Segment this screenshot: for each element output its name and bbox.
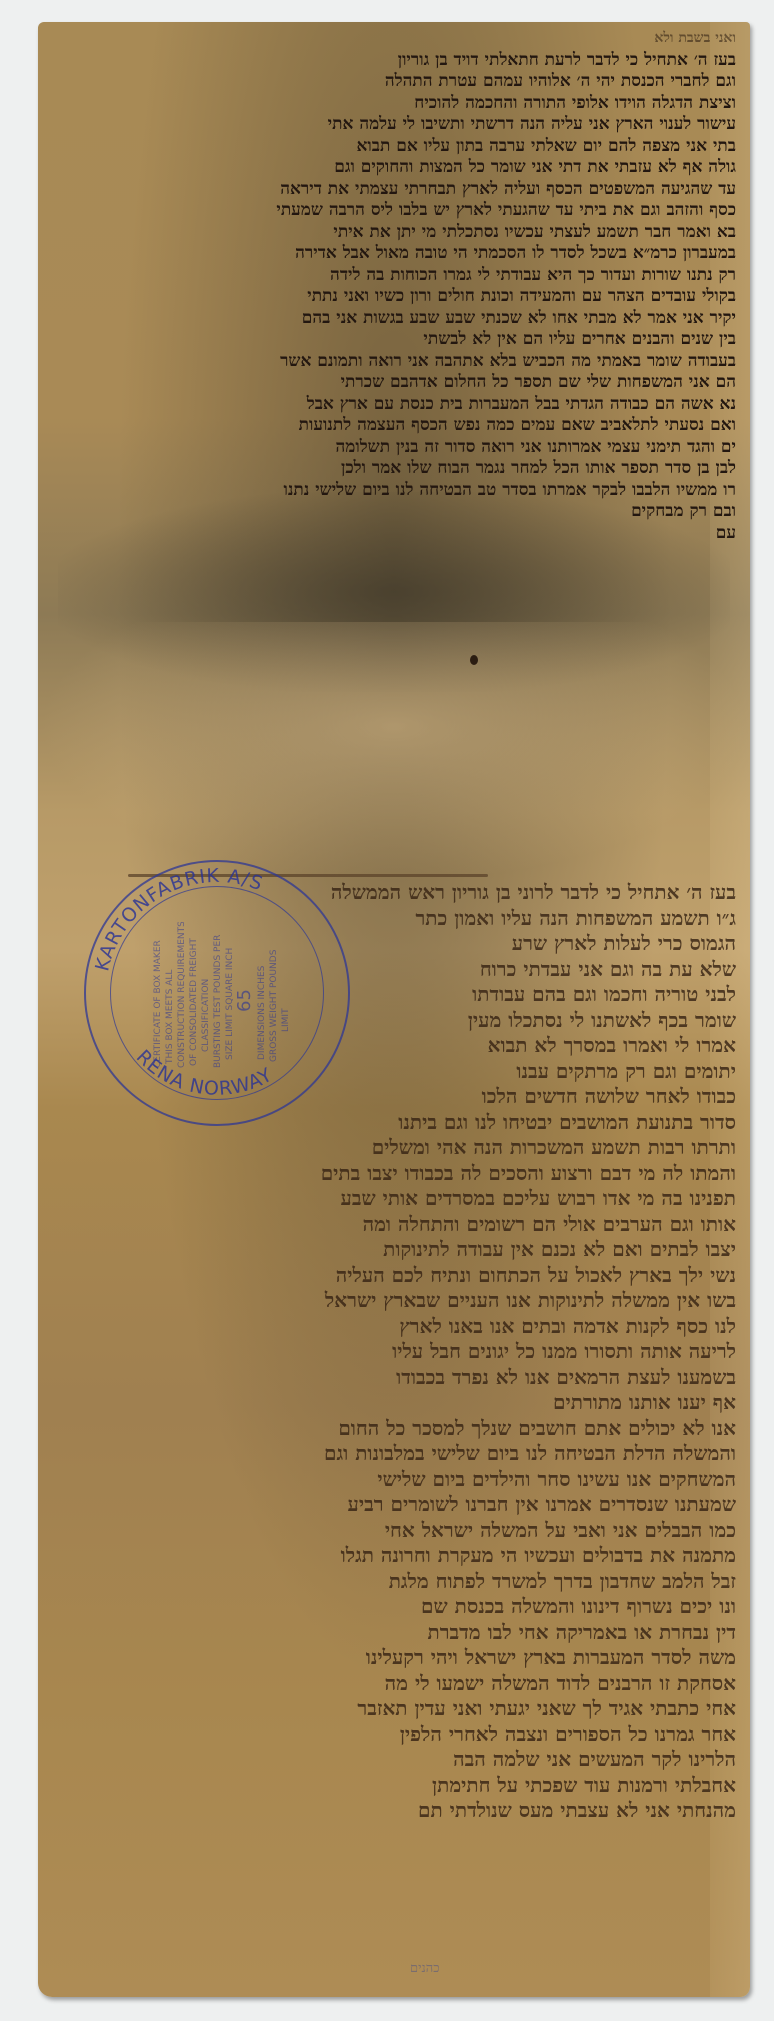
top-text-block: ואני בשבת ולא בעז ה׳ אתחיל כי לדבר לרעת … (52, 28, 736, 544)
text-line: נא אשה הם כבודה הגדתי בבל המעברות בית כנ… (52, 394, 736, 416)
text-line: הלרינו לקר המעשים אני שלמה הבה (52, 1747, 736, 1773)
text-line: רו ממשיו הלבבו לבקר אמרתו בסדר טב הבטיחה… (52, 480, 736, 502)
stamp-line: DIMENSIONS INCHES (257, 965, 267, 1060)
stamp-number: 65 (234, 989, 255, 1012)
text-line: והמשלה הדלת הבטיחה לנו ביום שלישי במלבונ… (52, 1441, 736, 1467)
text-line: יקיר אני אמר לא מבתי אחו לא שכנתי שבע שב… (52, 308, 736, 330)
text-line: לריעה אותה ותסורו ממנו כל יגונים חבל עלי… (52, 1339, 736, 1365)
text-line: אסחקת זו הרבנים לדוד המשלה ישמעו לי מה (52, 1671, 736, 1697)
text-line: רק נתנו שורות ועדור כך היא עבודתי לי גמר… (52, 265, 736, 287)
stamp-center-text: CERTIFICATE OF BOX MAKER THIS BOX MEETS … (146, 922, 296, 1072)
text-line: מהנחתי אני לא עצבתי מעס שנולדתי תם (52, 1798, 736, 1824)
text-line: אחי כתבתי אגיד לך שאני יגעתי ואני עדין ת… (52, 1696, 736, 1722)
text-line: בעבודה שומר באמתי מה הכביש בלא אתהבה אני… (52, 351, 736, 373)
text-line: ותרתו רבות תשמע המשכרות הנה אהי ומשלים (52, 1135, 736, 1161)
text-line: בין שנים והבנים אחרים עליו הם אין לא לבש… (52, 329, 736, 351)
text-line: בא ואמר חבר תשמע לעצתי עכשיו נסתכלתי מי … (52, 222, 736, 244)
stamp-line: THIS BOX MEETS ALL (165, 970, 175, 1065)
text-line: כמו הבבלים אני ואבי על המשלה ישראל אחי (52, 1518, 736, 1544)
text-line: מתמנה את בדבולים ועכשיו הי מעקרת וחרונה … (52, 1543, 736, 1569)
footer-mark: כהנים (410, 1960, 440, 1976)
ink-blot (470, 655, 478, 665)
text-line: זבל הלמב שחדבון בדרך למשרד לפתוח מלגת (52, 1569, 736, 1595)
text-line: נשי ילך בארץ לאכול על הכתחום ונתיח לכם ה… (52, 1263, 736, 1289)
text-line: יצבו לבתים ואם לא נכנם אין עבודה לתינוקו… (52, 1237, 736, 1263)
text-line: אחבלתי ורמנות עוד שפכתי על חתימתן (52, 1773, 736, 1799)
stamp-line: CERTIFICATE OF BOX MAKER (153, 940, 163, 1068)
text-line: לבן בן סדר תספר אותו הכל למחר נגמר הבוח … (52, 458, 736, 480)
water-damage-light (38, 622, 750, 882)
text-line: אנו לא יכולים אתם חושבים שנלך למסכר כל ה… (52, 1416, 736, 1442)
text-line: תפנינו בה מי אדו רבוש עליכם במסרדים אותי… (52, 1186, 736, 1212)
stamp-line: CLASSIFICATION (201, 979, 211, 1052)
text-line: עם (52, 523, 736, 545)
header-line: ואני בשבת ולא (52, 28, 736, 50)
text-line: אחר גמרנו כל הספורים ונצבה לאחרי הלפין (52, 1722, 736, 1748)
text-line: ואם נסעתי לתלאביב שאם עמים כמה נפש הכסף … (52, 415, 736, 437)
box-maker-stamp: KARTONFABRIK A/S RENA NORWAY CERTIFICATE… (84, 860, 350, 1126)
stamp-line: GROSS WEIGHT POUNDS (269, 949, 279, 1062)
text-line: וגם לחברי הכנסת יהי ה׳ אלוהיו עמהם עטרת … (52, 71, 736, 93)
stamp-line: LIMIT (281, 1008, 291, 1032)
text-line: בעז ה׳ אתחיל כי לדבר לרעת חתאלתי דויד בן… (52, 50, 736, 72)
text-line: גולה אף לא עזבתי את דתי אני שומר כל המצו… (52, 157, 736, 179)
text-line: ים והגד תימני עצמי אמרותנו אני רואה סדור… (52, 437, 736, 459)
text-line: אף יענו אותנו מתורתים (52, 1390, 736, 1416)
text-line: המשחקים אנו עשינו סחר והילדים ביום שלישי (52, 1467, 736, 1493)
text-line: בקולי עובדים הצהר עם והמעידה וכונת חולים… (52, 286, 736, 308)
text-line: בתי אני מצפה להם יום שאלתי ערבה בתון עלי… (52, 136, 736, 158)
stamp-line: BURSTING TEST POUNDS PER (213, 935, 223, 1068)
text-line: כסף והזהב וגם את ביתי עד שהגעתי לארץ יש … (52, 200, 736, 222)
text-line: ונו יכים נשרוף דינונו והמשלה בכנסת שם (52, 1594, 736, 1620)
text-line: עד שהגיעה המשפטים הכסף ועליה לארץ תבחרתי… (52, 179, 736, 201)
text-line: בשמענו לעצת הרמאים אנו לא נפרד בכבודו (52, 1365, 736, 1391)
text-line: עישור לענוי הארץ אני עליה הנה דרשתי ותשי… (52, 114, 736, 136)
text-line: אותו וגם הערבים אולי הם רשומים והתחלה ומ… (52, 1212, 736, 1238)
text-line: וציצת הדגלה הוידו אלופי התורה והחכמה להו… (52, 93, 736, 115)
text-line: במעברון כרמ״א בשכל לסדר לו הסכמתי הי טוב… (52, 243, 736, 265)
text-line: שמעתנו שנסדרים אמרנו אין חברנו לשומרים ר… (52, 1492, 736, 1518)
text-line: משה לסדר המעברות בארץ ישראל ויהי רקעלינו (52, 1645, 736, 1671)
stamp-line: CONSTRUCTION REQUIREMENTS (177, 922, 187, 1068)
text-line: ובם רק מבחקים (52, 501, 736, 523)
text-line: הם אני המשפחות שלי שם תספר כל החלום אדהב… (52, 372, 736, 394)
text-line: בשו אין ממשלה לתינוקות אנו העניים שבארץ … (52, 1288, 736, 1314)
text-line: והמתו לה מי דבם ורצוע והסכים לה בכבודו י… (52, 1161, 736, 1187)
text-line: לנו כסף לקנות אדמה ובתים אנו באנו לארץ (52, 1314, 736, 1340)
stamp-line: OF CONSOLIDATED FREIGHT (189, 938, 199, 1066)
text-line: דין נבחרת או באמריקה אחי לבו מדברת (52, 1620, 736, 1646)
